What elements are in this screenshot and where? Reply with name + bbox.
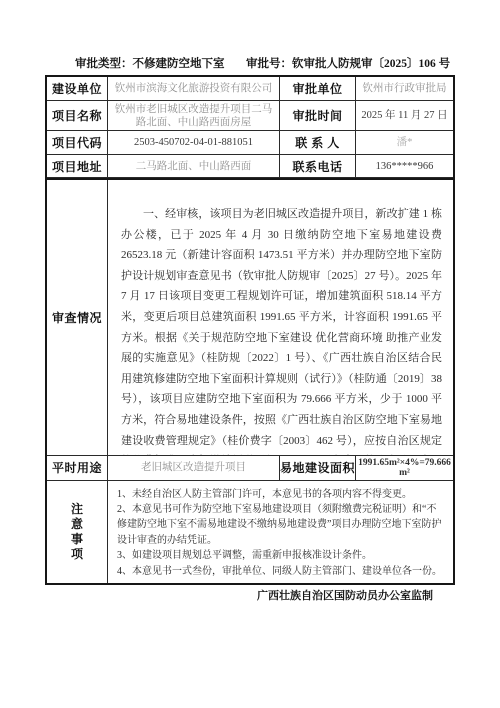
issuer-footer: 广西壮族自治区国防动员办公室监制 [257, 587, 433, 603]
document-header: 审批类型：不修建防空地下室 审批号：钦审批人防规审〔2025〕106 号 [0, 55, 500, 71]
project-name-label: 项目名称 [47, 101, 108, 129]
contact-person-label: 联 系 人 [280, 131, 356, 154]
note-item-4: 4、本意见书一式叁份，审批单位、同级人防主管部门、建设单位各一份。 [117, 564, 445, 579]
table-row: 项目地址 二马路北面、中山路西面 联系电话 136*****966 [47, 155, 453, 178]
peacetime-use-label: 平时用途 [47, 456, 108, 479]
offsite-area-value: 1991.65m²×4%=79.666 m² [356, 456, 453, 479]
usage-row: 平时用途 老旧城区改造提升项目 易地建设面积 1991.65m²×4%=79.6… [47, 456, 453, 480]
contact-person-value: 潘* [356, 131, 453, 154]
approval-document-page: 审批类型：不修建防空地下室 审批号：钦审批人防规审〔2025〕106 号 建设单… [0, 0, 500, 708]
review-section-row: 审查情况 一、经审核，该项目为老旧城区改造提升项目，新改扩建 1 栋办公楼，已于… [47, 178, 453, 456]
table-row: 项目名称 钦州市老旧城区改造提升项目二马路北面、中山路西面房屋 审批时间 202… [47, 101, 453, 130]
project-code-label: 项目代码 [47, 131, 108, 154]
project-code-value: 2503-450702-04-01-881051 [108, 131, 280, 154]
project-address-value: 二马路北面、中山路西面 [108, 155, 280, 177]
construction-unit-value: 钦州市滨海文化旅游投资有限公司 [108, 77, 280, 100]
note-item-3: 3、如建设项目规划总平调整，需重新申报核准设计条件。 [117, 548, 445, 563]
approval-time-label: 审批时间 [280, 101, 356, 129]
peacetime-use-value: 老旧城区改造提升项目 [108, 456, 280, 479]
approval-unit-value: 钦州市行政审批局 [356, 77, 453, 100]
contact-phone-label: 联系电话 [280, 155, 356, 177]
notes-label-cell: 注意事项 [47, 481, 108, 583]
approval-number: 审批号：钦审批人防规审〔2025〕106 号 [246, 55, 450, 71]
notes-row: 注意事项 1、未经自治区人防主管部门许可，本意见书的各项内容不得变更。 2、本意… [47, 481, 453, 583]
project-address-label: 项目地址 [47, 155, 108, 177]
review-status-label: 审查情况 [47, 180, 108, 455]
review-paragraph-1: 一、经审核，该项目为老旧城区改造提升项目，新改扩建 1 栋办公楼，已于 2025… [121, 204, 442, 455]
project-name-value: 钦州市老旧城区改造提升项目二马路北面、中山路西面房屋 [108, 101, 280, 129]
notes-label: 注意事项 [71, 502, 84, 562]
contact-phone-value: 136*****966 [356, 155, 453, 177]
approval-type: 审批类型：不修建防空地下室 [75, 55, 225, 71]
offsite-area-label: 易地建设面积 [280, 456, 356, 479]
approval-unit-label: 审批单位 [280, 77, 356, 100]
notes-content: 1、未经自治区人防主管部门许可，本意见书的各项内容不得变更。 2、本意见书可作为… [108, 481, 453, 583]
approval-table: 建设单位 钦州市滨海文化旅游投资有限公司 审批单位 钦州市行政审批局 项目名称 … [45, 75, 455, 585]
approval-time-value: 2025 年 11 月 27 日 [356, 101, 453, 129]
review-status-content: 一、经审核，该项目为老旧城区改造提升项目，新改扩建 1 栋办公楼，已于 2025… [108, 180, 453, 455]
note-item-1: 1、未经自治区人防主管部门许可，本意见书的各项内容不得变更。 [117, 487, 445, 502]
construction-unit-label: 建设单位 [47, 77, 108, 100]
table-row: 建设单位 钦州市滨海文化旅游投资有限公司 审批单位 钦州市行政审批局 [47, 77, 453, 101]
note-item-2: 2、本意见书可作为防空地下室易地建设项目（须附缴费完税证明）和“不修建防空地下室… [117, 502, 445, 548]
table-row: 项目代码 2503-450702-04-01-881051 联 系 人 潘* [47, 131, 453, 155]
